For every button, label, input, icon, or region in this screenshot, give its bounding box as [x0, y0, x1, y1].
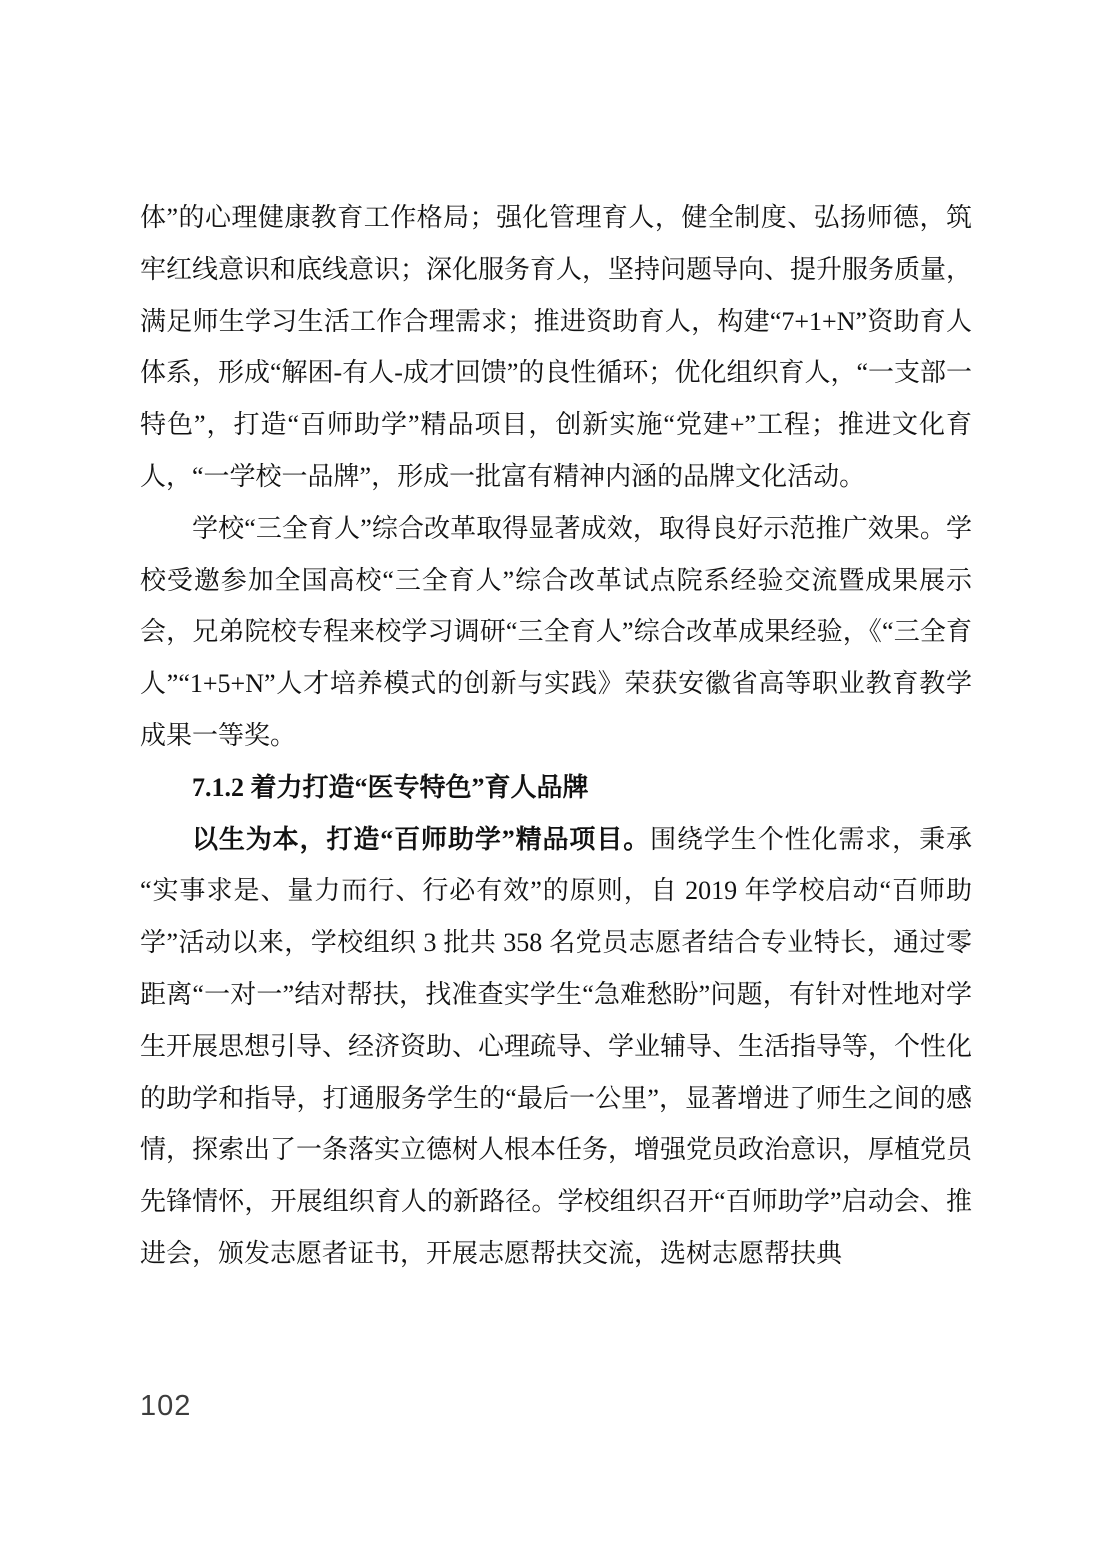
page-footer: 102 — [140, 1390, 191, 1423]
section-heading-7-1-2: 7.1.2 着力打造“医专特色”育人品牌 — [140, 762, 972, 814]
paragraph-sanquan-yuren-results: 学校“三全育人”综合改革取得显著成效，取得良好示范推广效果。学校受邀参加全国高校… — [140, 503, 972, 762]
page-body: 体”的心理健康教育工作格局；强化管理育人，健全制度、弘扬师德，筑牢红线意识和底线… — [140, 192, 972, 1280]
paragraph-bold-lead: 以生为本，打造“百师助学”精品项目。 — [192, 825, 650, 854]
paragraph-continued-from-previous-page: 体”的心理健康教育工作格局；强化管理育人，健全制度、弘扬师德，筑牢红线意识和底线… — [140, 192, 972, 503]
paragraph-body-text: 围绕学生个性化需求，秉承“实事求是、量力而行、行必有效”的原则，自 2019 年… — [140, 825, 972, 1268]
page-number: 102 — [140, 1390, 191, 1422]
paragraph-baishi-zhuxue: 以生为本，打造“百师助学”精品项目。围绕学生个性化需求，秉承“实事求是、量力而行… — [140, 814, 972, 1280]
document-page: 体”的心理健康教育工作格局；强化管理育人，健全制度、弘扬师德，筑牢红线意识和底线… — [0, 0, 1102, 1559]
